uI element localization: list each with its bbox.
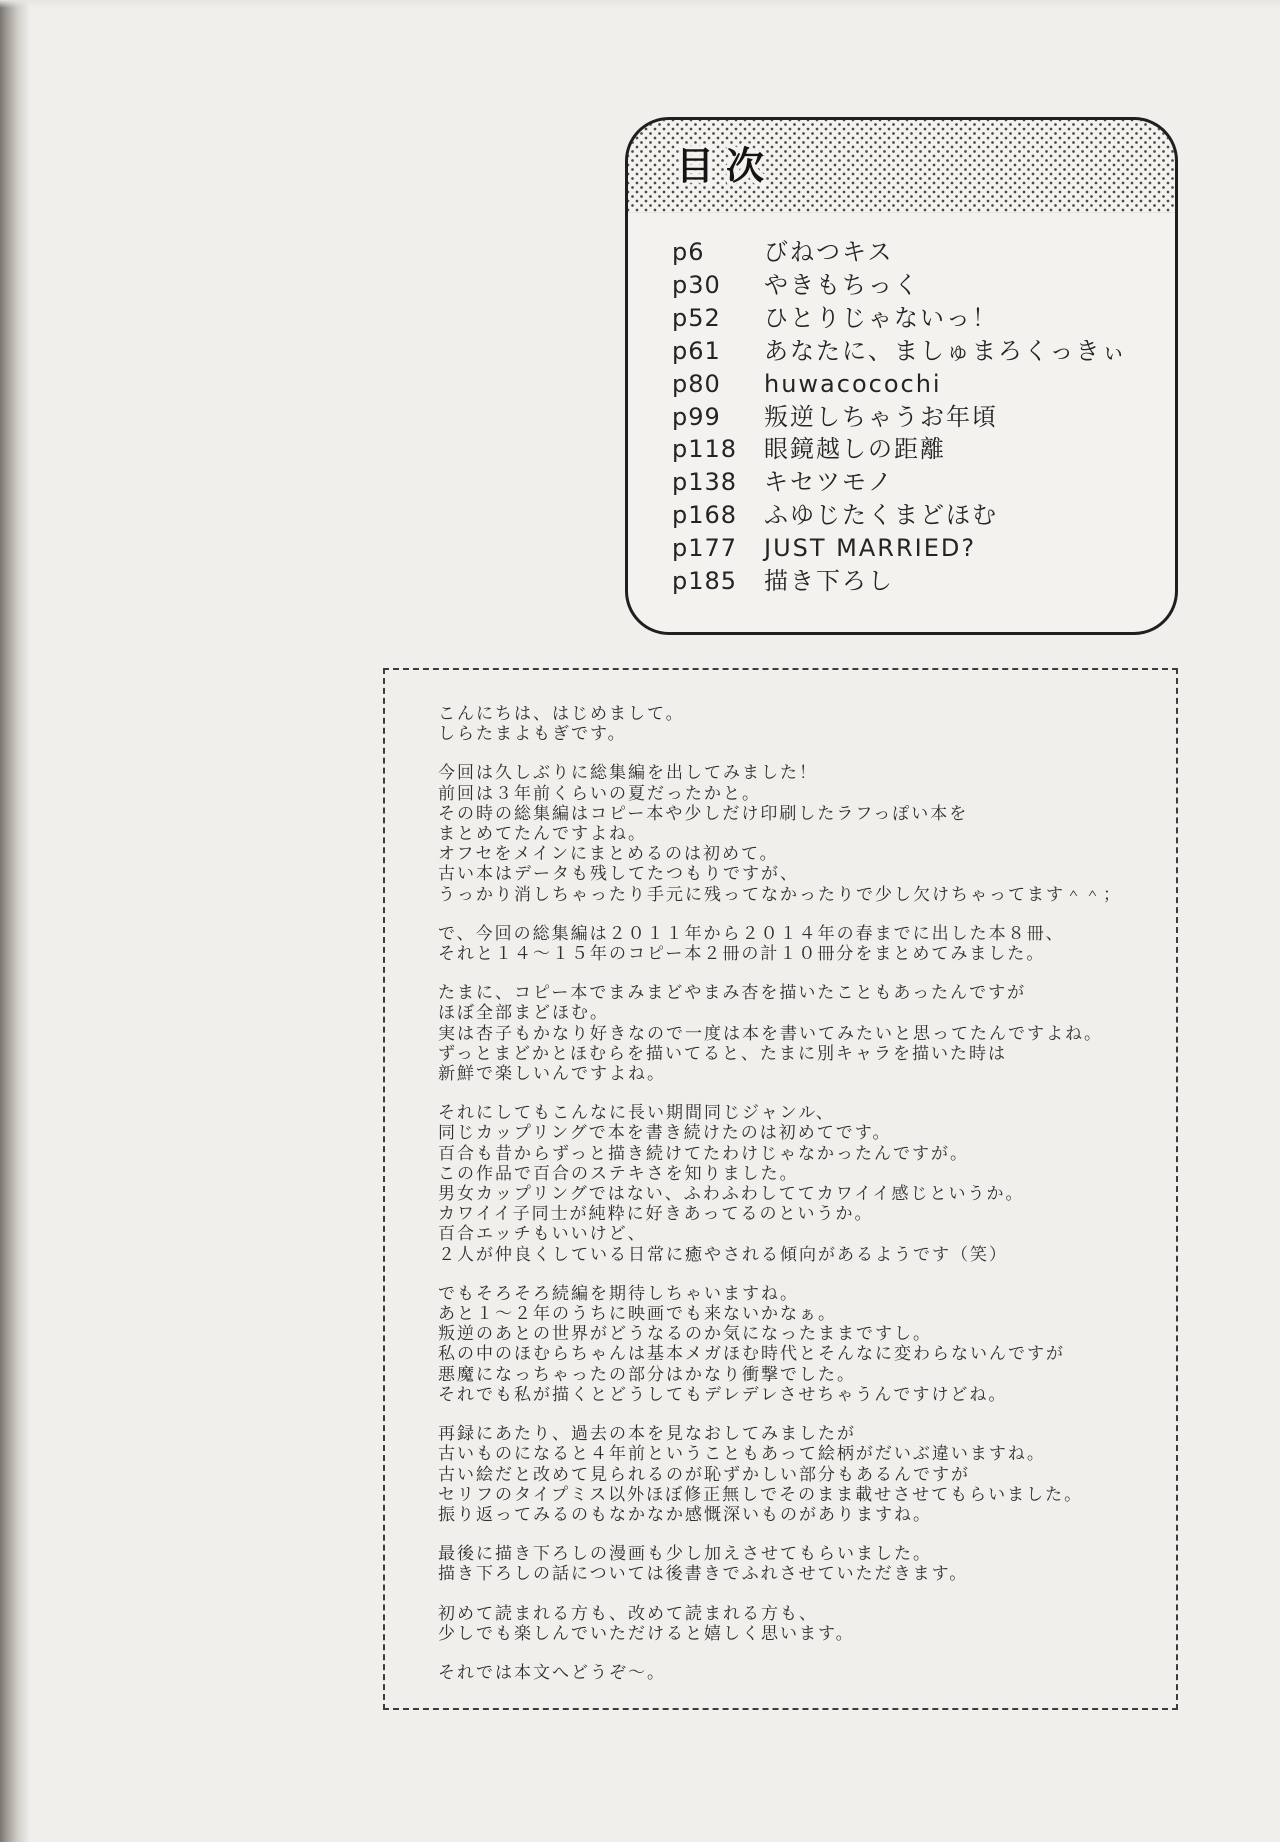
foreword-line: 私の中のほむらちゃんは基本メガほむ時代とそんなに変わらないんですが: [438, 1344, 1158, 1364]
foreword-line: で、今回の総集編は２０１１年から２０１４年の春までに出した本８冊、: [438, 924, 1158, 944]
foreword-line: たまに、コピー本でまみまどやまみ杏を描いたこともあったんですが: [438, 983, 1158, 1003]
toc-page-number: p168: [672, 499, 764, 532]
foreword-line: 描き下ろしの話については後書きでふれさせていただきます。: [438, 1564, 1158, 1584]
toc-row: p177JUST MARRIED?: [672, 532, 1161, 565]
toc-page-number: p6: [672, 236, 764, 269]
foreword-line: 古い絵だと改めて見られるのが恥ずかしい部分もあるんですが: [438, 1465, 1158, 1485]
foreword-line: ２人が仲良くしている日常に癒やされる傾向があるようです（笑）: [438, 1245, 1158, 1265]
toc-entry-title: キセツモノ: [764, 468, 894, 496]
foreword-line: 新鮮で楽しいんですよね。: [438, 1064, 1158, 1084]
toc-row: p52ひとりじゃないっ！: [672, 302, 1161, 335]
foreword-paragraph: こんにちは、はじめまして。 しらたまよもぎです。: [438, 704, 1158, 744]
foreword-line: セリフのタイプミス以外ほぼ修正無しでそのまま載せさせてもらいました。: [438, 1485, 1158, 1505]
foreword-line: その時の総集編はコピー本や少しだけ印刷したラフっぽい本を: [438, 804, 1158, 824]
foreword-line: こんにちは、はじめまして。: [438, 704, 1158, 724]
foreword-line: あと１～２年のうちに映画でも来ないかなぁ。: [438, 1304, 1158, 1324]
toc-page-number: p30: [672, 269, 764, 302]
foreword-line: しらたまよもぎです。: [438, 724, 1158, 744]
foreword-line: でもそろそろ続編を期待しちゃいますね。: [438, 1284, 1158, 1304]
toc-list: p6びねつキス p30やきもちっく p52ひとりじゃないっ！ p61あなたに、ま…: [672, 236, 1161, 598]
toc-page-number: p99: [672, 401, 764, 434]
toc-page-number: p177: [672, 532, 764, 565]
toc-row: p80huwacocochi: [672, 368, 1161, 401]
foreword-line: 初めて読まれる方も、改めて読まれる方も、: [438, 1604, 1158, 1624]
foreword-line: 百合エッチもいいけど、: [438, 1224, 1158, 1244]
foreword-line: 少しでも楽しんでいただけると嬉しく思います。: [438, 1624, 1158, 1644]
toc-entry-title: 眼鏡越しの距離: [764, 435, 946, 463]
toc-row: p30やきもちっく: [672, 269, 1161, 302]
foreword-box: こんにちは、はじめまして。 しらたまよもぎです。 今回は久しぶりに総集編を出して…: [383, 668, 1178, 1710]
foreword-paragraph: それでは本文へどうぞ～。: [438, 1663, 1158, 1683]
toc-row: p61あなたに、ましゅまろくっきぃ: [672, 335, 1161, 368]
foreword-line: 百合も昔からずっと描き続けてたわけじゃなかったんですが。: [438, 1144, 1158, 1164]
foreword-paragraph: 最後に描き下ろしの漫画も少し加えさせてもらいました。 描き下ろしの話については後…: [438, 1544, 1158, 1584]
toc-row: p99叛逆しちゃうお年頃: [672, 401, 1161, 434]
foreword-line: それにしてもこんなに長い期間同じジャンル、: [438, 1103, 1158, 1123]
toc-entry-title: JUST MARRIED?: [764, 534, 976, 562]
foreword-line: 振り返ってみるのもなかなか感慨深いものがありますね。: [438, 1505, 1158, 1525]
foreword-paragraph: 今回は久しぶりに総集編を出してみました！ 前回は３年前くらいの夏だったかと。 そ…: [438, 763, 1158, 904]
foreword-line: 前回は３年前くらいの夏だったかと。: [438, 784, 1158, 804]
foreword-line: カワイイ子同士が純粋に好きあってるのというか。: [438, 1204, 1158, 1224]
foreword-line: 古いものになると４年前ということもあって絵柄がだいぶ違いますね。: [438, 1444, 1158, 1464]
toc-row: p168ふゆじたくまどほむ: [672, 499, 1161, 532]
toc-entry-title: ふゆじたくまどほむ: [764, 501, 998, 529]
foreword-line: うっかり消しちゃったり手元に残ってなかったりで少し欠けちゃってます＾＾；: [438, 885, 1158, 905]
toc-row: p6びねつキス: [672, 236, 1161, 269]
toc-page-number: p80: [672, 368, 764, 401]
toc-entry-title: 描き下ろし: [764, 567, 894, 595]
foreword-line: それでも私が描くとどうしてもデレデレさせちゃうんですけどね。: [438, 1385, 1158, 1405]
foreword-line: ほぼ全部まどほむ。: [438, 1003, 1158, 1023]
foreword-line: 古い本はデータも残してたつもりですが、: [438, 864, 1158, 884]
toc-entry-title: ひとりじゃないっ！: [764, 304, 998, 332]
foreword-line: 今回は久しぶりに総集編を出してみました！: [438, 763, 1158, 783]
scanned-doujinshi-page: { "colors":{ "paper":"#f1efeb", "ink":"#…: [0, 0, 1280, 1842]
foreword-line: この作品で百合のステキさを知りました。: [438, 1164, 1158, 1184]
foreword-line: 男女カップリングではない、ふわふわしててカワイイ感じというか。: [438, 1184, 1158, 1204]
toc-page-number: p138: [672, 466, 764, 499]
toc-entry-title: huwacocochi: [764, 370, 942, 398]
scan-top-shadow: [0, 0, 1280, 8]
toc-row: p138キセツモノ: [672, 466, 1161, 499]
foreword-paragraph: 初めて読まれる方も、改めて読まれる方も、 少しでも楽しんでいただけると嬉しく思い…: [438, 1604, 1158, 1644]
foreword-paragraph: たまに、コピー本でまみまどやまみ杏を描いたこともあったんですが ほぼ全部まどほむ…: [438, 983, 1158, 1084]
foreword-paragraph: 再録にあたり、過去の本を見なおしてみましたが 古いものになると４年前ということも…: [438, 1424, 1158, 1525]
toc-row: p118眼鏡越しの距離: [672, 433, 1161, 466]
foreword-paragraph: それにしてもこんなに長い期間同じジャンル、 同じカップリングで本を書き続けたのは…: [438, 1103, 1158, 1265]
toc-page-number: p52: [672, 302, 764, 335]
foreword-paragraph: でもそろそろ続編を期待しちゃいますね。 あと１～２年のうちに映画でも来ないかなぁ…: [438, 1284, 1158, 1405]
toc-entry-title: 叛逆しちゃうお年頃: [764, 403, 998, 431]
foreword-line: それと１４～１５年のコピー本２冊の計１０冊分をまとめてみました。: [438, 944, 1158, 964]
foreword-line: それでは本文へどうぞ～。: [438, 1663, 1158, 1683]
toc-row: p185描き下ろし: [672, 565, 1161, 598]
toc-box: 目次 p6びねつキス p30やきもちっく p52ひとりじゃないっ！ p61あなた…: [625, 117, 1178, 635]
toc-entry-title: やきもちっく: [764, 271, 920, 299]
foreword-line: 叛逆のあとの世界がどうなるのか気になったままですし。: [438, 1324, 1158, 1344]
foreword-paragraph: で、今回の総集編は２０１１年から２０１４年の春までに出した本８冊、 それと１４～…: [438, 924, 1158, 964]
foreword-line: 悪魔になっちゃったの部分はかなり衝撃でした。: [438, 1365, 1158, 1385]
scan-edge-shadow: [0, 0, 30, 1842]
toc-entry-title: あなたに、ましゅまろくっきぃ: [764, 337, 1128, 365]
foreword-line: 同じカップリングで本を書き続けたのは初めてです。: [438, 1123, 1158, 1143]
foreword-line: オフセをメインにまとめるのは初めて。: [438, 844, 1158, 864]
toc-page-number: p118: [672, 433, 764, 466]
foreword-line: まとめてたんですよね。: [438, 824, 1158, 844]
foreword-line: 最後に描き下ろしの漫画も少し加えさせてもらいました。: [438, 1544, 1158, 1564]
toc-entry-title: びねつキス: [764, 238, 894, 266]
toc-title: 目次: [676, 142, 776, 190]
foreword-line: 再録にあたり、過去の本を見なおしてみましたが: [438, 1424, 1158, 1444]
toc-page-number: p61: [672, 335, 764, 368]
toc-page-number: p185: [672, 565, 764, 598]
foreword-line: 実は杏子もかなり好きなので一度は本を書いてみたいと思ってたんですよね。: [438, 1024, 1158, 1044]
foreword-line: ずっとまどかとほむらを描いてると、たまに別キャラを描いた時は: [438, 1044, 1158, 1064]
